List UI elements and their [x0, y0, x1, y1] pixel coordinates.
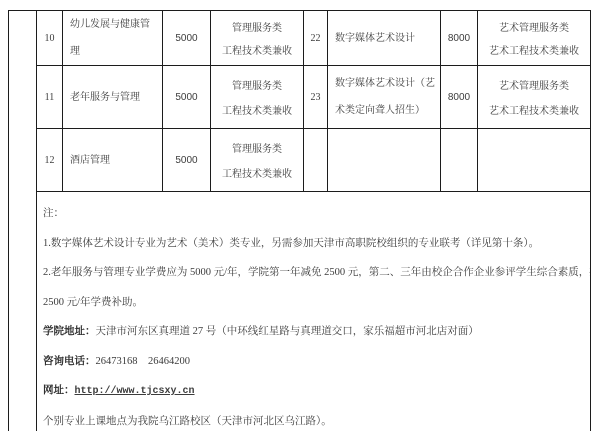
program-name-cell: 幼儿发展与健康管理 — [63, 11, 163, 66]
category-line: 艺术管理服务类 — [480, 19, 588, 34]
address-label: 学院地址： — [43, 326, 96, 337]
table-row: 12 酒店管理 5000 管理服务类 工程技术类兼收 — [9, 129, 591, 192]
category-cell — [478, 129, 591, 192]
program-number-cell: 23 — [304, 66, 328, 129]
category-cell: 管理服务类 工程技术类兼收 — [211, 66, 304, 129]
program-name-cell: 酒店管理 — [63, 129, 163, 192]
table-row: 11 老年服务与管理 5000 管理服务类 工程技术类兼收 23 数字媒体艺术设… — [9, 66, 591, 129]
tuition-fee-cell: 8000 — [441, 11, 478, 66]
notes-row: 注： 1.数字媒体艺术设计专业为艺术（美术）类专业，另需参加天津市高职院校组织的… — [9, 192, 591, 431]
category-line: 工程技术类兼收 — [213, 165, 301, 180]
notes-cell: 注： 1.数字媒体艺术设计专业为艺术（美术）类专业，另需参加天津市高职院校组织的… — [37, 192, 591, 431]
program-number-cell: 12 — [37, 129, 63, 192]
category-line: 艺术管理服务类 — [480, 77, 588, 92]
category-line: 管理服务类 — [213, 140, 301, 155]
note-1: 1.数字媒体艺术设计专业为艺术（美术）类专业，另需参加天津市高职院校组织的专业联… — [43, 229, 584, 259]
program-number-cell: 11 — [37, 66, 63, 129]
note-2-line-2: 2500 元/年学费补助。 — [43, 288, 584, 318]
tuition-fee-cell: 5000 — [163, 11, 211, 66]
document-page: 10 幼儿发展与健康管理 5000 管理服务类 工程技术类兼收 22 数字媒体艺… — [0, 0, 596, 431]
campus-note: 个别专业上课地点为我院乌江路校区（天津市河北区乌江路）。 — [43, 407, 584, 431]
category-line: 艺术工程技术类兼收 — [480, 42, 588, 57]
program-name-cell — [328, 129, 441, 192]
category-line: 工程技术类兼收 — [213, 42, 301, 57]
category-cell: 艺术管理服务类 艺术工程技术类兼收 — [478, 66, 591, 129]
left-margin-cell — [9, 11, 37, 431]
category-cell: 艺术管理服务类 艺术工程技术类兼收 — [478, 11, 591, 66]
programs-tuition-table: 10 幼儿发展与健康管理 5000 管理服务类 工程技术类兼收 22 数字媒体艺… — [8, 10, 591, 431]
address-value: 天津市河东区真理道 27 号（中环线红星路与真理道交口，家乐福超市河北店对面） — [96, 326, 479, 337]
college-address: 学院地址：天津市河东区真理道 27 号（中环线红星路与真理道交口，家乐福超市河北… — [43, 317, 584, 347]
tuition-fee-cell: 8000 — [441, 66, 478, 129]
category-line: 工程技术类兼收 — [213, 102, 301, 117]
notes-heading: 注： — [43, 199, 584, 229]
program-name-cell: 数字媒体艺术设计 — [328, 11, 441, 66]
category-cell: 管理服务类 工程技术类兼收 — [211, 129, 304, 192]
category-cell: 管理服务类 工程技术类兼收 — [211, 11, 304, 66]
website-line: 网址：http://www.tjcsxy.cn — [43, 376, 584, 407]
category-line: 管理服务类 — [213, 77, 301, 92]
tuition-fee-cell: 5000 — [163, 66, 211, 129]
table-row: 10 幼儿发展与健康管理 5000 管理服务类 工程技术类兼收 22 数字媒体艺… — [9, 11, 591, 66]
tuition-fee-cell: 5000 — [163, 129, 211, 192]
phone-value: 26473168 26464200 — [96, 356, 191, 367]
program-name-cell: 数字媒体艺术设计（艺术类定向聋人招生） — [328, 66, 441, 129]
program-name-cell: 老年服务与管理 — [63, 66, 163, 129]
program-number-cell — [304, 129, 328, 192]
website-link[interactable]: http://www.tjcsxy.cn — [75, 386, 195, 397]
note-2-line-1: 2.老年服务与管理专业学费应为 5000 元/年，学院第一年减免 2500 元，… — [43, 258, 584, 288]
tuition-fee-cell — [441, 129, 478, 192]
category-line: 管理服务类 — [213, 19, 301, 34]
phone-label: 咨询电话： — [43, 356, 96, 367]
website-label: 网址： — [43, 385, 75, 396]
category-line: 艺术工程技术类兼收 — [480, 102, 588, 117]
contact-phone: 咨询电话：26473168 26464200 — [43, 347, 584, 377]
program-number-cell: 10 — [37, 11, 63, 66]
program-number-cell: 22 — [304, 11, 328, 66]
